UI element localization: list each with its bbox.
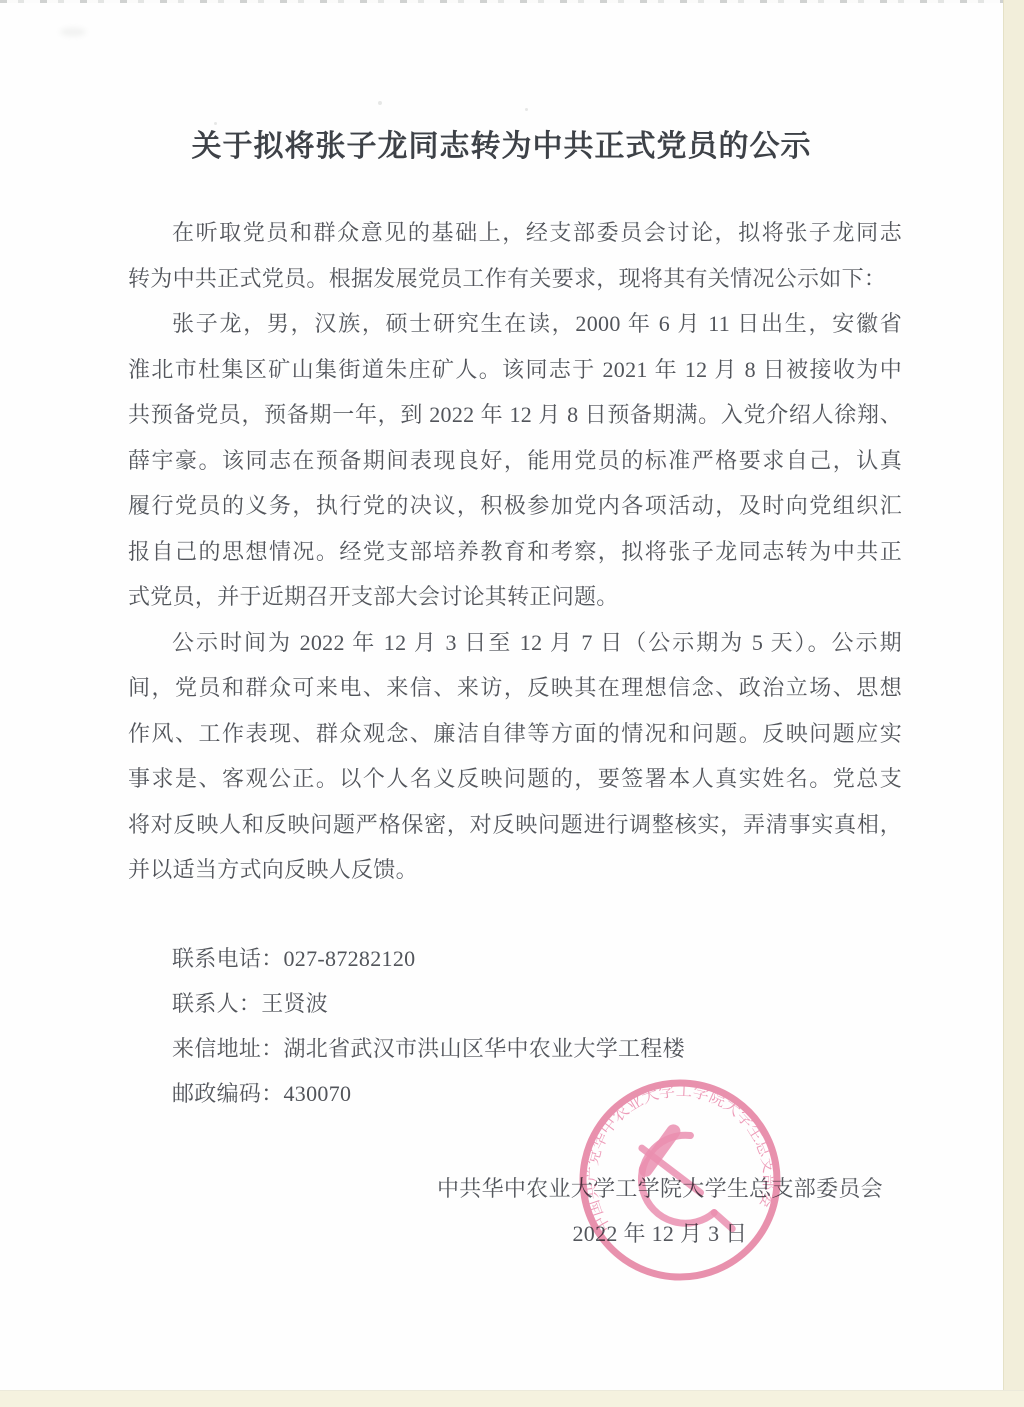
contact-block: 联系电话：027-87282120 联系人：王贤波 来信地址：湖北省武汉市洪山区… bbox=[128, 936, 902, 1116]
body-line: 转为中共正式党员。根据发展党员工作有关要求，现将其有关情况公示如下： bbox=[128, 256, 902, 302]
scan-smudge bbox=[60, 28, 86, 36]
party-emblem-icon bbox=[634, 1124, 733, 1243]
body-line: 式党员，并于近期召开支部大会讨论其转正问题。 bbox=[128, 574, 902, 620]
body-line: 并以适当方式向反映人反馈。 bbox=[128, 847, 902, 893]
contact-phone: 联系电话：027-87282120 bbox=[128, 936, 902, 981]
body-line: 作风、工作表现、群众观念、廉洁自律等方面的情况和问题。反映问题应实 bbox=[128, 711, 902, 757]
body-line: 公示时间为 2022 年 12 月 3 日至 12 月 7 日（公示期为 5 天… bbox=[128, 620, 902, 666]
body-line: 间，党员和群众可来电、来信、来访，反映其在理想信念、政治立场、思想 bbox=[128, 665, 902, 711]
contact-postcode: 邮政编码：430070 bbox=[128, 1071, 902, 1116]
body-line: 将对反映人和反映问题严格保密，对反映问题进行调整核实，弄清事实真相， bbox=[128, 802, 902, 848]
official-seal: 中国共产党华中农业大学工学院大学生总支部委员会 bbox=[553, 1053, 808, 1308]
scan-edge-right bbox=[1003, 0, 1024, 1407]
contact-person: 联系人：王贤波 bbox=[128, 981, 902, 1026]
document-page: 关于拟将张子龙同志转为中共正式党员的公示 在听取党员和群众意见的基础上，经支部委… bbox=[0, 0, 1024, 1407]
body-line: 事求是、客观公正。以个人名义反映问题的，要签署本人真实姓名。党总支 bbox=[128, 756, 902, 802]
body-line: 共预备党员，预备期一年，到 2022 年 12 月 8 日预备期满。入党介绍人徐… bbox=[128, 392, 902, 438]
page-title: 关于拟将张子龙同志转为中共正式党员的公示 bbox=[0, 121, 1003, 165]
body-line: 报自己的思想情况。经党支部培养教育和考察，拟将张子龙同志转为中共正 bbox=[128, 529, 902, 575]
scan-speck bbox=[525, 108, 528, 111]
scan-speck bbox=[378, 101, 382, 105]
body-line: 薛宇豪。该同志在预备期间表现良好，能用党员的标准严格要求自己，认真 bbox=[128, 438, 902, 484]
body-line: 淮北市杜集区矿山集街道朱庄矿人。该同志于 2021 年 12 月 8 日被接收为… bbox=[128, 347, 902, 393]
document-body: 在听取党员和群众意见的基础上，经支部委员会讨论，拟将张子龙同志 转为中共正式党员… bbox=[128, 210, 902, 893]
contact-address: 来信地址：湖北省武汉市洪山区华中农业大学工程楼 bbox=[128, 1026, 902, 1071]
body-line: 履行党员的义务，执行党的决议，积极参加党内各项活动，及时向党组织汇 bbox=[128, 483, 902, 529]
scan-edge-bottom bbox=[0, 1390, 1024, 1407]
body-line: 张子龙，男，汉族，硕士研究生在读，2000 年 6 月 11 日出生，安徽省 bbox=[128, 301, 902, 347]
body-line: 在听取党员和群众意见的基础上，经支部委员会讨论，拟将张子龙同志 bbox=[128, 210, 902, 256]
scan-edge-top bbox=[0, 0, 1003, 3]
